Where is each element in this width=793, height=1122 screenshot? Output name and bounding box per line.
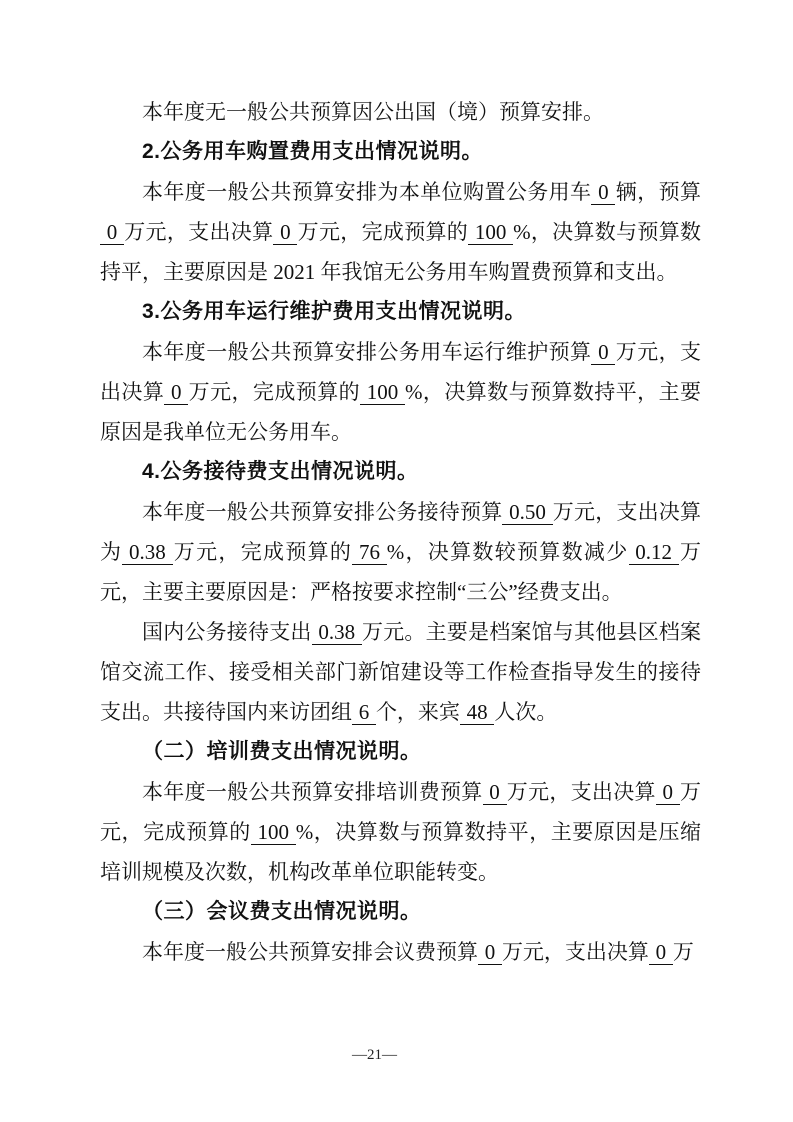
text-run: 万 (673, 940, 694, 964)
paragraph: 本年度一般公共预算安排公务接待预算0.50万元，支出决算为0.38万元，完成预算… (100, 492, 701, 612)
text-run: 国内公务接待支出 (142, 620, 312, 644)
underlined-value: 0.38 (122, 540, 172, 565)
text-run: （三）会议费支出情况说明。 (142, 900, 422, 923)
underlined-value: 48 (460, 700, 494, 725)
text-run: 万元，完成预算的 (297, 220, 468, 244)
text-run: 人次。 (494, 700, 557, 724)
underlined-value: 0 (591, 340, 615, 365)
text-run: 3.公务用车运行维护费用支出情况说明。 (142, 300, 526, 323)
underlined-value: 0 (591, 180, 615, 205)
underlined-value: 0.38 (312, 620, 362, 645)
underlined-value: 0 (100, 220, 124, 245)
paragraph: 本年度一般公共预算安排公务用车运行维护预算0万元，支出决算0万元，完成预算的10… (100, 332, 701, 452)
underlined-value: 0 (483, 780, 507, 805)
document-page: 本年度无一般公共预算因公出国（境）预算安排。2.公务用车购置费用支出情况说明。本… (0, 0, 793, 1122)
underlined-value: 0.12 (629, 540, 679, 565)
paragraph: 本年度无一般公共预算因公出国（境）预算安排。 (100, 92, 701, 132)
text-run: 本年度一般公共预算安排公务用车运行维护预算 (142, 340, 591, 364)
text-run: 本年度一般公共预算安排公务接待预算 (142, 500, 502, 524)
heading: 4.公务接待费支出情况说明。 (100, 452, 701, 492)
underlined-value: 100 (360, 380, 405, 405)
paragraph: 国内公务接待支出0.38万元。主要是档案馆与其他县区档案馆交流工作、接受相关部门… (100, 612, 701, 732)
text-run: 4.公务接待费支出情况说明。 (142, 460, 419, 483)
text-run: 万元，支出决算 (507, 780, 656, 804)
underlined-value: 100 (468, 220, 513, 245)
underlined-value: 0 (164, 380, 188, 405)
heading: 3.公务用车运行维护费用支出情况说明。 (100, 292, 701, 332)
text-run: （二）培训费支出情况说明。 (142, 740, 422, 763)
page-number: —21— (0, 1046, 771, 1064)
underlined-value: 0 (656, 780, 680, 805)
paragraph: 本年度一般公共预算安排培训费预算0万元，支出决算0万元，完成预算的100%，决算… (100, 772, 701, 892)
document-body: 本年度无一般公共预算因公出国（境）预算安排。2.公务用车购置费用支出情况说明。本… (100, 92, 701, 972)
text-run: 本年度一般公共预算安排培训费预算 (142, 780, 483, 804)
text-run: %，决算数较预算数减少 (387, 540, 629, 564)
text-run: 本年度一般公共预算安排会议费预算 (142, 940, 478, 964)
heading: （二）培训费支出情况说明。 (100, 732, 701, 772)
text-run: 本年度无一般公共预算因公出国（境）预算安排。 (142, 100, 604, 124)
text-run: 万元，支出决算 (124, 220, 273, 244)
underlined-value: 6 (352, 700, 376, 725)
text-run: 2.公务用车购置费用支出情况说明。 (142, 140, 483, 163)
underlined-value: 0 (649, 940, 673, 965)
text-run: 万元，支出决算 (502, 940, 649, 964)
underlined-value: 0.50 (502, 500, 552, 525)
text-run: 万元，完成预算的 (188, 380, 360, 404)
heading: 2.公务用车购置费用支出情况说明。 (100, 132, 701, 172)
paragraph: 本年度一般公共预算安排为本单位购置公务用车0辆，预算0万元，支出决算0万元，完成… (100, 172, 701, 292)
text-run: 万元，完成预算的 (173, 540, 353, 564)
underlined-value: 100 (251, 820, 296, 845)
heading: （三）会议费支出情况说明。 (100, 892, 701, 932)
paragraph: 本年度一般公共预算安排会议费预算0万元，支出决算0万 (100, 932, 701, 972)
text-run: 本年度一般公共预算安排为本单位购置公务用车 (142, 180, 591, 204)
underlined-value: 76 (352, 540, 386, 565)
underlined-value: 0 (273, 220, 297, 245)
text-run: 个，来宾 (376, 700, 460, 724)
underlined-value: 0 (478, 940, 502, 965)
text-run: 辆，预算 (615, 180, 701, 204)
